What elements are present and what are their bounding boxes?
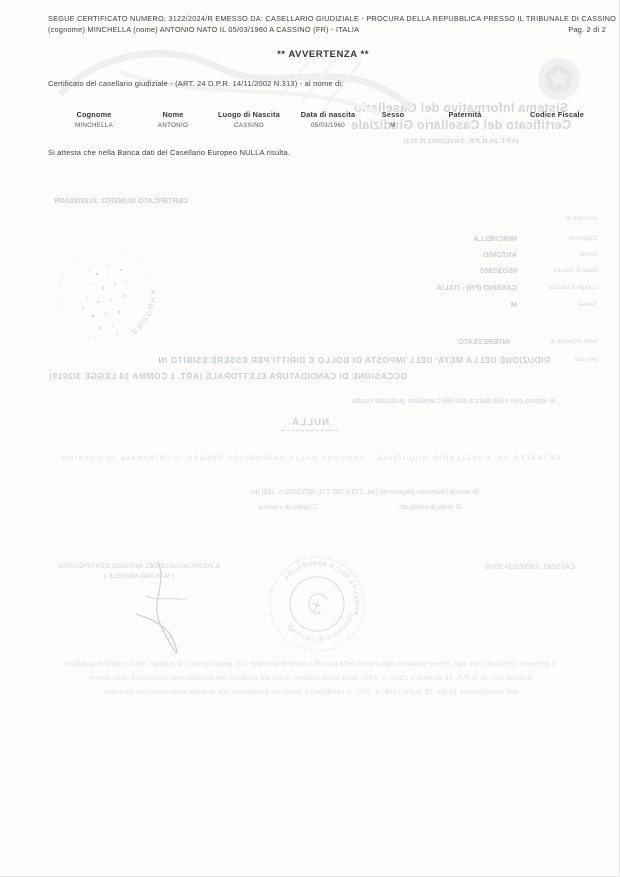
bleed-field-label: Cognome bbox=[568, 235, 597, 242]
bleed-field-value: ANTONIO bbox=[483, 250, 517, 259]
bleed-uso-label: per uso: bbox=[573, 356, 597, 363]
bleed-richiesta-label: sulla richiesta di: bbox=[548, 338, 597, 345]
table-header-row: Cognome Nome Luogo di Nascita Data di na… bbox=[48, 110, 606, 119]
speckle-stamp-icon: PROCURA bbox=[55, 240, 155, 346]
bleed-field-label: Nome bbox=[579, 251, 597, 258]
table-row: MINCHELLA ANTONIO CASSINO 05/03/1960 M bbox=[48, 122, 606, 129]
certificate-intro-line: Certificato del casellario giudiziale - … bbox=[48, 79, 343, 88]
bleed-diritto-certificato-checkbox: ☒ diritto di certificato bbox=[399, 503, 462, 511]
svg-text:PROCURA: PROCURA bbox=[130, 288, 155, 335]
col-header-cognome: Cognome bbox=[48, 110, 140, 119]
bleed-field-value: CASSINO (FR) - ITALIA bbox=[437, 283, 517, 292]
bleed-uso-value-line2: OCCASIONE DI CANDIDATURA ELETTORALE (ART… bbox=[49, 371, 407, 381]
scanned-certificate-page: Sistema Informativo del Casellario Certi… bbox=[0, 0, 620, 877]
bleed-signature-block: IL RESPONSABILE DEL SERVIZIO CERTIFICATI… bbox=[41, 563, 237, 580]
bleed-uso-value-line1: RIDUZIONE DELLA META' DELL'IMPOSTA DI BO… bbox=[158, 355, 550, 365]
col-header-sesso: Sesso bbox=[364, 110, 422, 119]
bleed-disclaimer-line3: sull'immigrazione (d.lgs. 25 luglio 1998… bbox=[0, 686, 620, 700]
header-line2-row: (cognome) MINCHELLA (nome) ANTONIO NATO … bbox=[48, 24, 606, 35]
bleed-certificate-number: CERTIFICATO NUMERO: 3122/2024/R bbox=[47, 196, 195, 205]
europeo-attestation-line: Si attesta che nella Banca dati del Case… bbox=[48, 148, 290, 157]
bleed-nulla-text: NULLA bbox=[0, 417, 620, 428]
bleed-disclaimer-line1: Il presente certificato non può essere p… bbox=[0, 658, 620, 672]
page-title: ** AVVERTENZA ** bbox=[0, 49, 620, 60]
cell-cognome: MINCHELLA bbox=[48, 122, 140, 129]
signature-stroke-icon bbox=[125, 556, 220, 668]
cell-nome: ANTONIO bbox=[140, 122, 206, 129]
bleed-field-label: Luogo di nascita bbox=[549, 284, 597, 291]
bleed-pagamento-line: Si attesta l'avvenuto pagamento (art. 27… bbox=[250, 489, 479, 496]
bleed-firma-line2: ( MARANO MICHELE ) bbox=[41, 573, 237, 580]
bleed-al-nome-di: Al nome di: bbox=[564, 215, 597, 222]
person-data-table: Cognome Nome Luogo di Nascita Data di na… bbox=[48, 110, 606, 129]
bleed-nulla-result: NULLA bbox=[0, 417, 620, 431]
round-stamp-icon: PROCURA DELLA REPUBBLICA TRIBUNALE DI CA… bbox=[255, 541, 379, 667]
bleed-field-label: Data di nascita bbox=[553, 267, 597, 274]
cell-data-nascita: 05/03/1960 bbox=[292, 122, 364, 129]
col-header-luogo-nascita: Luogo di Nascita bbox=[206, 110, 292, 119]
bleed-diritto-urgenza-checkbox: ☐ diritto di urgenza bbox=[259, 503, 317, 511]
svg-text:TRIBUNALE DI CASSINO: TRIBUNALE DI CASSINO bbox=[283, 596, 356, 652]
bleed-place-date: CASSINO, 23/09/2024 10:09 bbox=[485, 564, 575, 571]
bleed-richiesta-value: INTERESSATO bbox=[458, 337, 510, 346]
col-header-data-nascita: Data di nascita bbox=[292, 110, 364, 119]
bleed-banca-dati-line: Si attesta che nella Banca dati del Case… bbox=[350, 396, 556, 405]
page-number: Pag. 2 di 2 bbox=[568, 24, 606, 35]
cell-paternita bbox=[422, 122, 508, 129]
header-line2: (cognome) MINCHELLA (nome) ANTONIO NATO … bbox=[48, 24, 359, 35]
header-line1: SEGUE CERTIFICATO NUMERO: 3122/2024/R EM… bbox=[48, 13, 606, 24]
bleed-heading-art: (ART. 24 D.P.R. 14/11/2002 N.313) bbox=[320, 138, 602, 145]
bleed-field-value: 05/03/1960 bbox=[480, 266, 517, 275]
col-header-nome: Nome bbox=[140, 110, 206, 119]
cell-sesso: M bbox=[364, 122, 422, 129]
bleed-field-value: M bbox=[511, 300, 517, 309]
bleed-disclaimer-line2: Italiana (art. 40 D.P.R. 28 dicembre 200… bbox=[0, 672, 620, 686]
page-header: SEGUE CERTIFICATO NUMERO: 3122/2024/R EM… bbox=[48, 13, 606, 35]
col-header-codice-fiscale: Codice Fiscale bbox=[508, 110, 606, 119]
emblem-watermark-icon bbox=[536, 56, 582, 102]
bleed-field-label: Sesso bbox=[579, 301, 597, 308]
svg-text:PROCURA DELLA REPUBBLICA: PROCURA DELLA REPUBBLICA bbox=[279, 552, 369, 615]
bleed-nulla-underline bbox=[282, 430, 338, 431]
bleed-field-value: MINCHELLA bbox=[473, 234, 517, 243]
bleed-firma-line1: IL RESPONSABILE DEL SERVIZIO CERTIFICATI… bbox=[41, 563, 237, 570]
cell-codice-fiscale bbox=[508, 122, 606, 129]
cell-luogo-nascita: CASSINO bbox=[206, 122, 292, 129]
col-header-paternita: Paternità bbox=[422, 110, 508, 119]
bleed-estratto-line: ESTRATTO DA: CASELLARIO GIUDIZIALE - PRO… bbox=[0, 455, 620, 462]
bleedthrough-layer: Sistema Informativo del Casellario Certi… bbox=[0, 0, 620, 877]
